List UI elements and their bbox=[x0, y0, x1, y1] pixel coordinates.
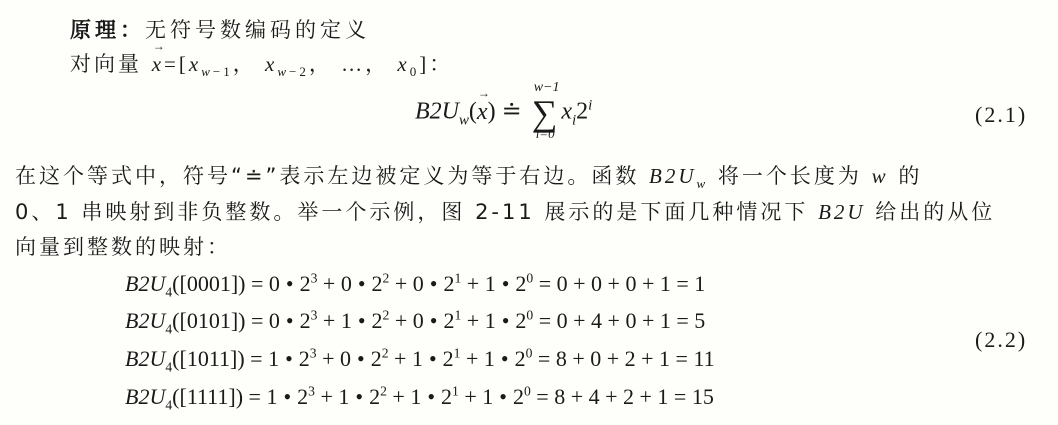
example-row-1111: B2U4([1111]) = 1•23 + 1•22 + 1•21 + 1•20… bbox=[125, 384, 714, 410]
summation-symbol: ∑w−1i=0 bbox=[532, 92, 558, 134]
principle-heading: 原理：无符号数编码的定义 bbox=[70, 14, 370, 44]
paragraph-line-2: 0、1 串映射到非负整数。举一个示例，图 2-11 展示的是下面几种情况下 B2… bbox=[15, 196, 995, 226]
vector-definition-line: 对向量 x=[xw−1， xw−2， …， x0]： bbox=[70, 48, 453, 78]
principle-label: 原理： bbox=[70, 18, 145, 42]
vector-x: x bbox=[152, 52, 164, 77]
formula-2-1: B2Uw(x) ≐ ∑w−1i=0xi2i bbox=[415, 92, 592, 134]
example-row-0001: B2U4([0001]) = 0•23 + 0•22 + 0•21 + 1•20… bbox=[125, 271, 705, 297]
paragraph-line-3: 向量到整数的映射： bbox=[15, 231, 231, 261]
vector-prefix: 对向量 bbox=[70, 52, 142, 76]
principle-title: 无符号数编码的定义 bbox=[145, 18, 370, 42]
vector-components: =[xw−1， xw−2， …， x0]： bbox=[164, 52, 453, 76]
equation-number-2-1: (2.1) bbox=[975, 102, 1027, 128]
example-row-0101: B2U4([0101]) = 0•23 + 1•22 + 0•21 + 1•20… bbox=[125, 308, 705, 334]
equation-number-2-2: (2.2) bbox=[975, 327, 1027, 353]
example-row-1011: B2U4([1011]) = 1•23 + 0•22 + 1•21 + 1•20… bbox=[125, 346, 715, 372]
paragraph-line-1: 在这个等式中，符号“≐”表示左边被定义为等于右边。函数 B2Uw 将一个长度为 … bbox=[15, 160, 922, 190]
defined-as-symbol: ≐ bbox=[502, 99, 522, 125]
